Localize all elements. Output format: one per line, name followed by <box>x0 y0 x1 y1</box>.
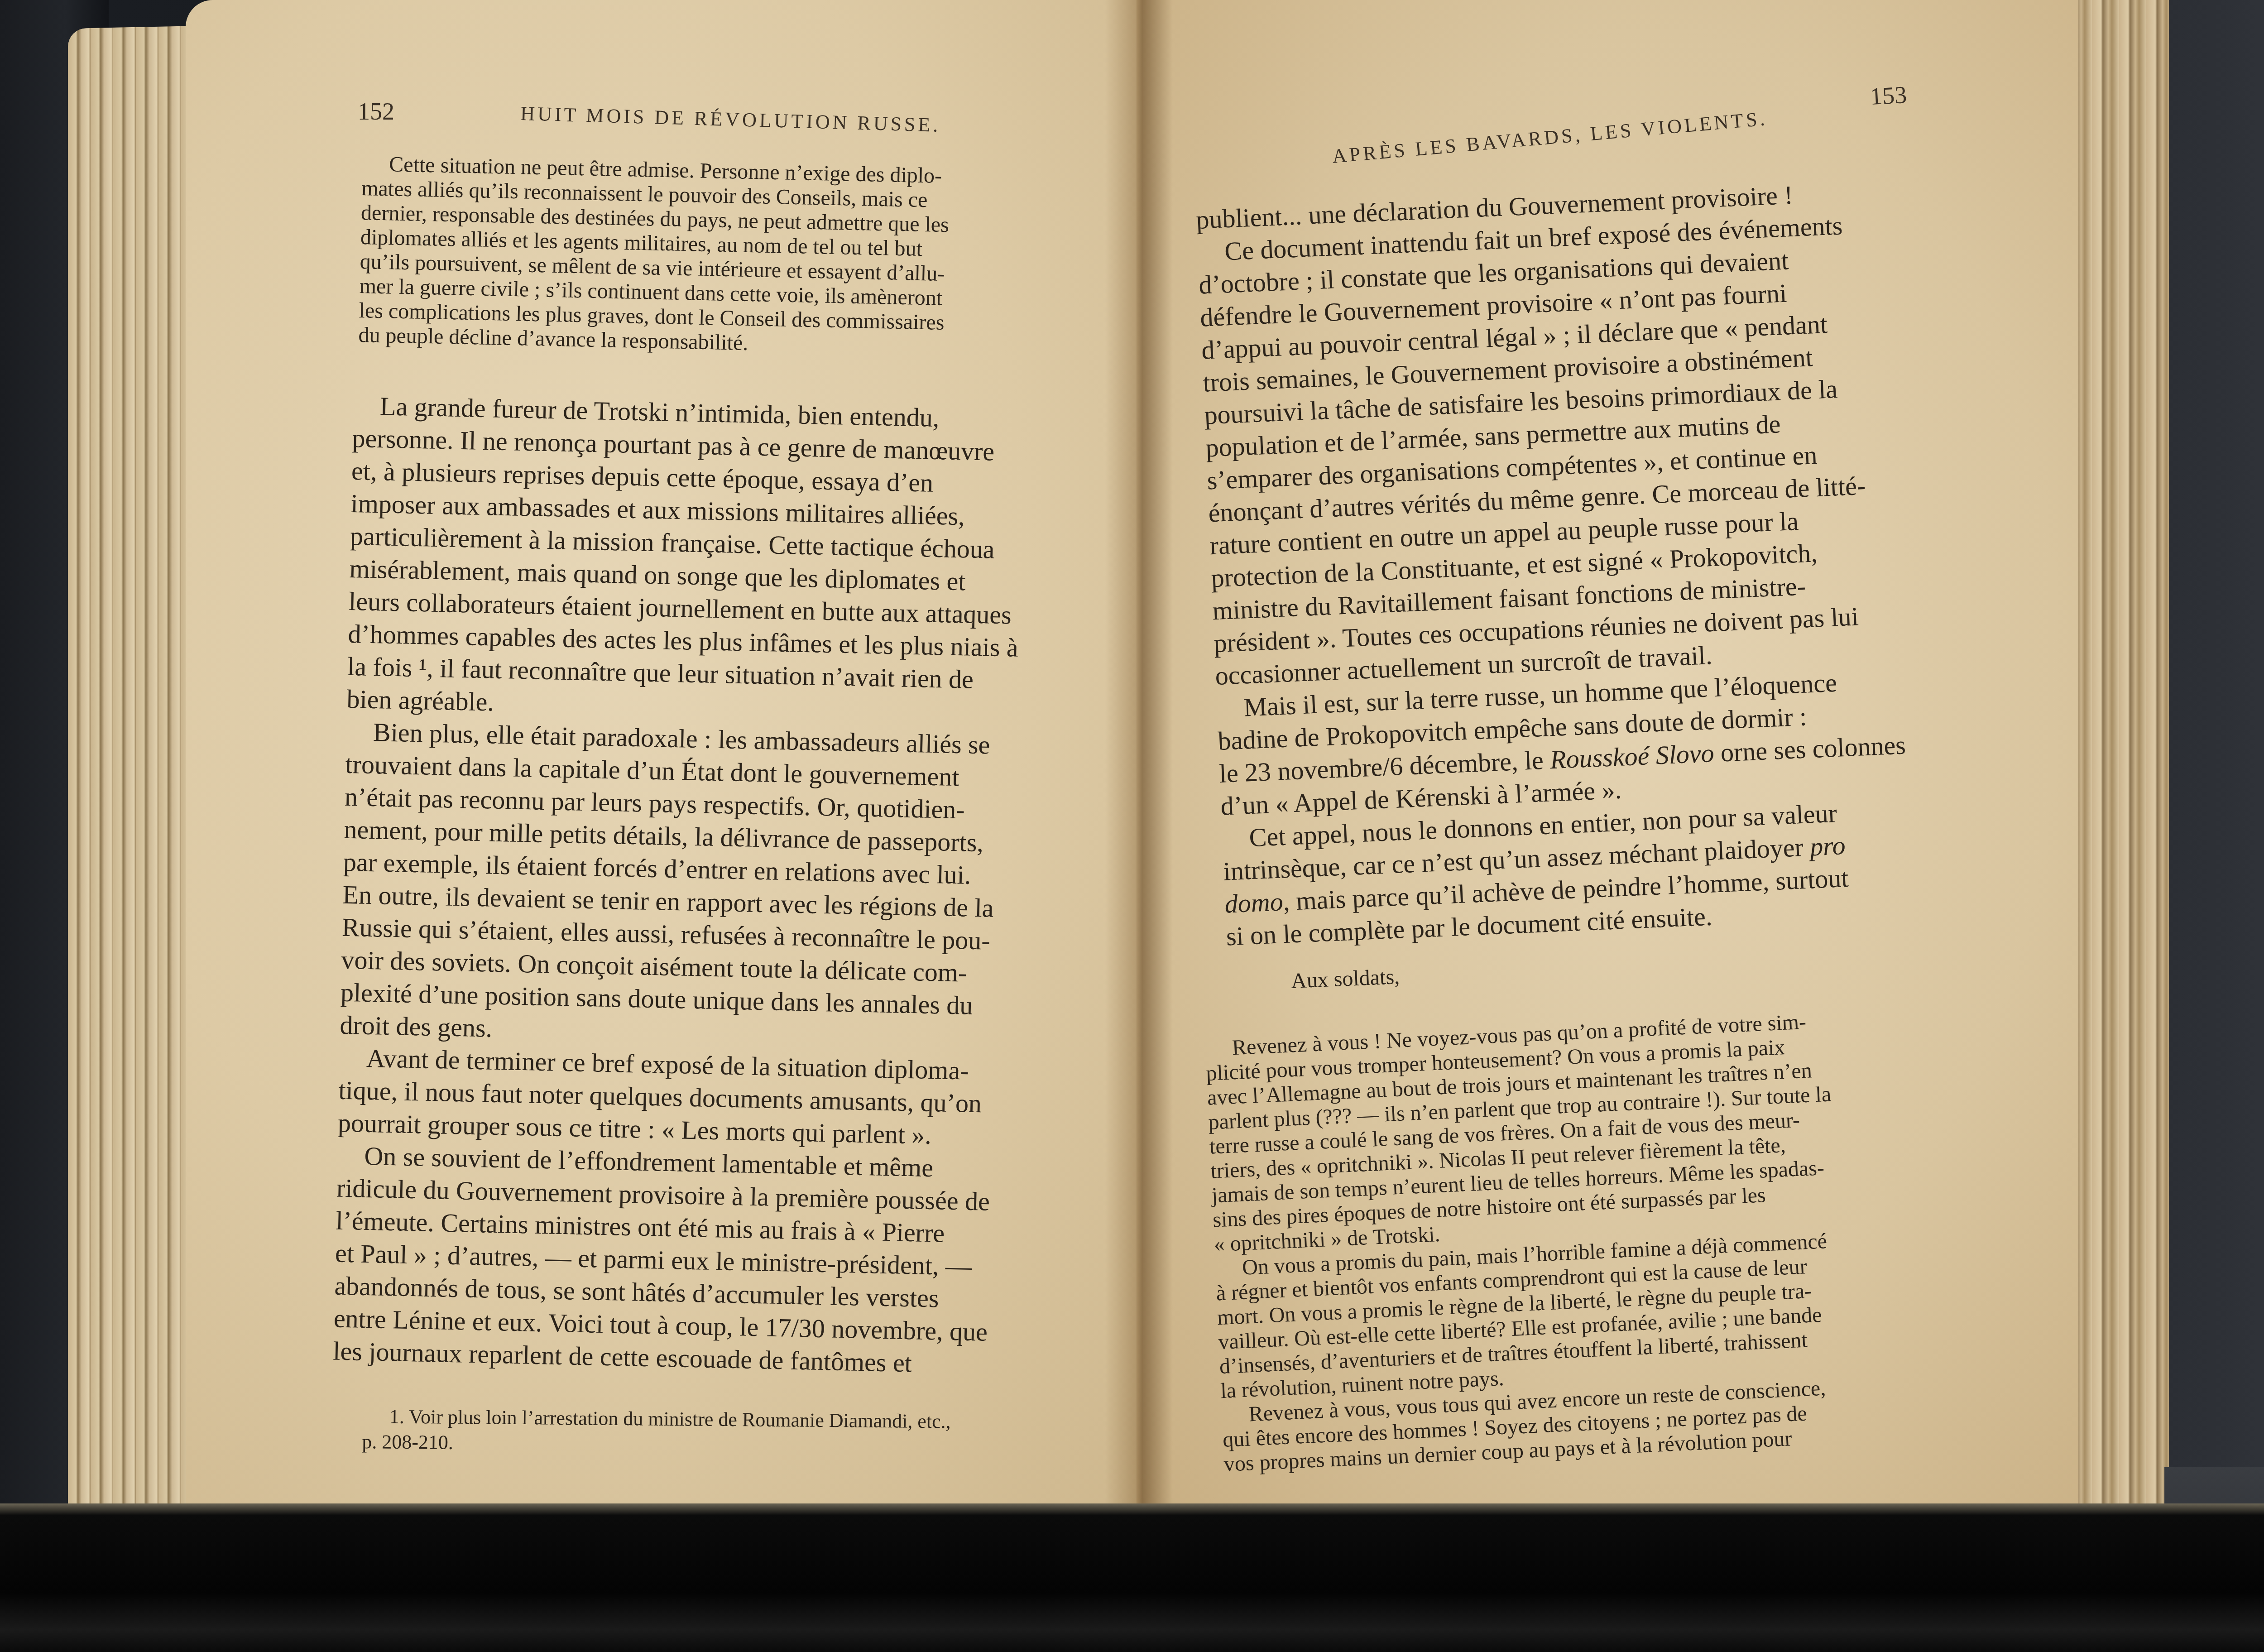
footnote: 1. Voir plus loin l’arrestation du minis… <box>362 1404 1164 1462</box>
book-stand-bar <box>0 1503 2264 1652</box>
page-edges-left <box>68 26 199 1509</box>
quoted-notice: Cette situation ne peut être admise. Per… <box>358 152 1164 366</box>
running-head-right: APRÈS LES BAVARDS, LES VIOLENTS. <box>1331 107 1768 168</box>
right-page: 153 APRÈS LES BAVARDS, LES VIOLENTS. pub… <box>1137 0 2078 1503</box>
text-fragment: orne ses colonnes <box>1713 730 1906 768</box>
italic-fragment: domo <box>1224 887 1283 918</box>
page-number-left: 152 <box>358 97 394 125</box>
running-head-left: HUIT MOIS DE RÉVOLUTION RUSSE. <box>520 102 941 137</box>
italic-fragment: pro <box>1809 831 1846 861</box>
right-body-text: publient... une déclaration du Gouvernem… <box>1195 168 2077 953</box>
page-edges-right <box>2065 0 2169 1503</box>
left-page: 152 HUIT MOIS DE RÉVOLUTION RUSSE. Cette… <box>186 0 1164 1503</box>
page-number-right: 153 <box>1869 81 1907 110</box>
newspaper-title: Rousskoé Slovo <box>1549 738 1715 774</box>
quoted-letter: Revenez à vous ! Ne voyez-vous pas qu’on… <box>1204 999 2075 1477</box>
left-body-text: La grande fureur de Trotski n’intimida, … <box>333 389 1164 1386</box>
book-gutter <box>1105 0 1173 1503</box>
